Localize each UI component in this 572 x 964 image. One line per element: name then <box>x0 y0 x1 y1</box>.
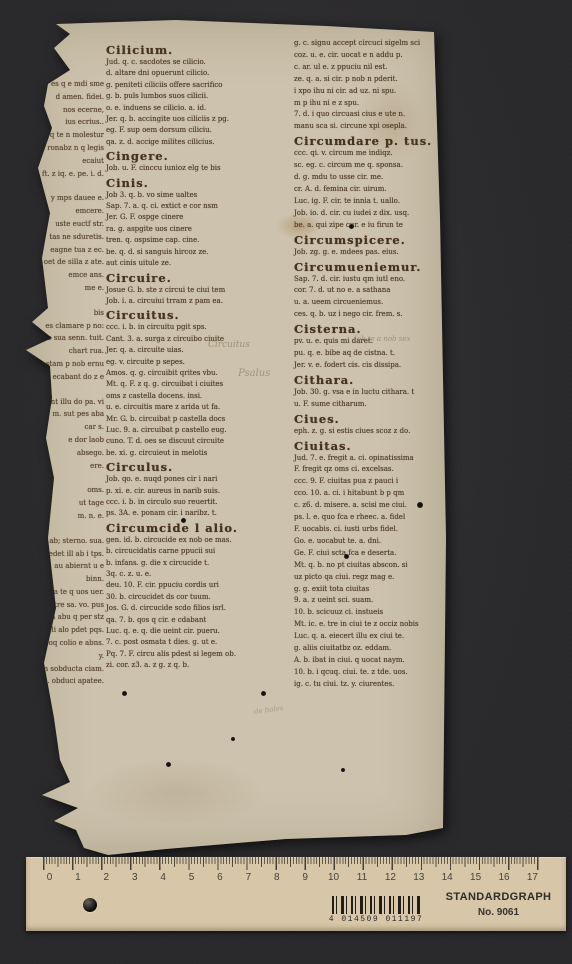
manuscript-fragment-line: ecaiut <box>28 155 104 168</box>
ruler-number: 4 <box>157 872 170 883</box>
wormhole <box>181 518 186 523</box>
ruler-number: 10 <box>327 872 340 883</box>
manuscript-fragment-line: ab; sterno. sua. <box>28 535 104 548</box>
wormhole <box>122 691 127 696</box>
manuscript-line: Job. i. a. circuiui trram z pam ea. <box>106 296 301 307</box>
manuscript-line: manu sca si. circune xpi osepla. <box>294 121 454 133</box>
ruler-number: 12 <box>384 872 397 883</box>
manuscript-fragment-line: ius ecrius.. <box>28 116 104 129</box>
manuscript-fragment-line: d amen. fidei. <box>28 91 104 104</box>
manuscript-line: Cinis. <box>106 176 301 190</box>
manuscript-fragment-line: au abiernt u e <box>28 560 104 573</box>
manuscript-fragment-line: es q e mdi sme <box>28 78 104 91</box>
manuscript-line: Mr. G. b. circuibat p castella docs <box>106 414 301 425</box>
manuscript-line: ccc. 9. F. ciuitas pua z pauci i <box>294 476 454 488</box>
manuscript-line: Mt. q. F. z q. g. circuibat i ciuites <box>106 379 301 390</box>
manuscript-line: F. uocabis. ci. iusti urbs fidel. <box>294 524 454 536</box>
manuscript-line: Jer. q. b. accingite uos ciliciis z pg. <box>106 114 301 125</box>
manuscript-line: o. e. induens se cilicio. a. id. <box>106 103 301 114</box>
manuscript-line: i xpo ihu ni cir. ad uz. ni spu. <box>294 86 454 98</box>
manuscript-line: deu. 10. F. cir. ppuciu cordis uri <box>106 580 301 591</box>
manuscript-line: F. fregit qz oms ci. excelsas. <box>294 464 454 476</box>
manuscript-fragment-line <box>28 295 104 307</box>
manuscript-line: cco. 10. a. ci. i hitabunt b p qm <box>294 488 454 500</box>
ruler-model: No. 9061 <box>431 907 566 918</box>
ruler: 01234567891011121314151617 4 014509 0111… <box>26 857 566 931</box>
manuscript-line: ps. l. e. quo fca e rheec. a. fidel <box>294 512 454 524</box>
ruler-cm-ticks <box>43 857 539 870</box>
text-column-left-fragments: es q e mdi smed amen. fidei.nos ecerne,i… <box>28 78 104 688</box>
manuscript-line: ccc. i. b. in circuitu pgit sps. <box>106 322 301 333</box>
manuscript-line: Jer. q. a. circuite uias. <box>106 345 301 356</box>
manuscript-fragment-line: ut tage <box>28 497 104 510</box>
manuscript-line: Go. e. uocabut te. a. dni. <box>294 536 454 548</box>
manuscript-line: zi. cor. z3. a. z g. z q. b. <box>106 660 301 671</box>
ruler-number: 7 <box>242 872 255 883</box>
manuscript-line: oms z castella docens. insi. <box>106 391 301 402</box>
manuscript-line: Cant. 3. a. surga z circuibo ciuite <box>106 334 301 345</box>
wormhole <box>166 762 171 767</box>
ruler-number: 1 <box>71 872 84 883</box>
ruler-ticks <box>43 857 538 871</box>
manuscript-page-wrap: es q e mdi smed amen. fidei.nos ecerne,i… <box>26 18 446 858</box>
manuscript-fragment-line <box>28 384 104 396</box>
manuscript-fragment-line: y. <box>28 650 104 663</box>
manuscript-line: b. infans. g. die x circucide t. <box>106 558 301 569</box>
manuscript-line: ig. c. tu ciui. tz. y. ciurentes. <box>294 679 454 691</box>
manuscript-fragment-line <box>28 472 104 484</box>
manuscript-line: 3q. c. z. u. e. <box>106 569 301 580</box>
manuscript-line: Jer. v. e. fodert cis. cis dissipa. <box>294 360 454 372</box>
manuscript-fragment-line: ft. tre sa. vo. pus <box>28 599 104 612</box>
manuscript-line: uz picto qa ciui. regz mag e. <box>294 572 454 584</box>
barcode: 4 014509 011197 <box>326 896 426 926</box>
manuscript-line: eg. v. circuite p sepes. <box>106 357 301 368</box>
manuscript-line: m p ihu ni e z spu. <box>294 98 454 110</box>
manuscript-fragment-line: oli alo pdet pqs. <box>28 624 104 637</box>
manuscript-fragment-line: nos ecerne, <box>28 104 104 117</box>
manuscript-fragment-line: edet ill ab i tps. <box>28 548 104 561</box>
manuscript-line: Sap. 7. a. q. ci. extict e cor nsm <box>106 201 301 212</box>
manuscript-fragment-line: car s. <box>28 421 104 434</box>
manuscript-line: g. b. puls lumbos suos cilicii. <box>106 91 301 102</box>
manuscript-line: Sap. 7. d. cir. iustu qm iutl eno. <box>294 274 454 286</box>
manuscript-line: 7. c. post osmata t dies. g. ut e. <box>106 637 301 648</box>
manuscript-fragment-line: ue sua senn. tuit. <box>28 332 104 345</box>
manuscript-line: aut cinis uitule ze. <box>106 258 301 269</box>
manuscript-fragment-line: eo pua te q uos uer. <box>28 586 104 599</box>
manuscript-line: Jud. 7. e. fregit a. ci. opinatissima <box>294 453 454 465</box>
wormhole <box>344 554 349 559</box>
manuscript-line: Josue G. b. ste z circui te ciui tem <box>106 285 301 296</box>
manuscript-fragment-line: m. n. e. <box>28 510 104 523</box>
manuscript-line: Circumcide l alio. <box>106 521 301 535</box>
manuscript-line: Cilicium. <box>106 43 301 57</box>
ruler-number: 13 <box>412 872 425 883</box>
manuscript-fragment-line: eoq colio e abns. <box>28 637 104 650</box>
wormhole <box>417 502 423 508</box>
manuscript-fragment-line: oms. <box>28 484 104 497</box>
manuscript-line: u. a. ueem circueniemus. <box>294 297 454 309</box>
manuscript-line: ces. q. b. uz i nego cir. frem. s. <box>294 309 454 321</box>
manuscript-line: pu. q. e. bibe aq de cistna. t. <box>294 348 454 360</box>
wormhole <box>231 737 235 741</box>
manuscript-line: A. b. ibat in ciui. q uocat naym. <box>294 655 454 667</box>
ruler-number: 8 <box>270 872 283 883</box>
manuscript-line: p. xi. e. cir. aureus in narib suis. <box>106 486 301 497</box>
manuscript-line: ccc. qi. v. circum me indiqz. <box>294 148 454 160</box>
manuscript-line: Amos. q. g. circuibit qrites vbu. <box>106 368 301 379</box>
manuscript-fragment-line: chart rua. <box>28 345 104 358</box>
marginal-note-cisterna: Job te a nob sex <box>354 335 410 343</box>
ruler-number: 5 <box>185 872 198 883</box>
manuscript-line: Circulus. <box>106 460 301 474</box>
manuscript-line: cor. 7. d. ut no e. a sathana <box>294 285 454 297</box>
manuscript-line: 10. b. i qcuq. ciui. te. z tde. uos. <box>294 667 454 679</box>
photo-backdrop: es q e mdi smed amen. fidei.nos ecerne,i… <box>0 0 572 964</box>
manuscript-line: g. c. signu accept circuci sigelm sci <box>294 38 454 50</box>
ruler-number: 16 <box>498 872 511 883</box>
manuscript-line: Circumdare p. tus. <box>294 134 454 148</box>
manuscript-line: be. xi. g. circuieut in melotis <box>106 448 301 459</box>
manuscript-line: eph. z. g. si estis ciues scoz z do. <box>294 426 454 438</box>
marginal-note-circuitus: Circuitus <box>208 340 250 350</box>
manuscript-line: sc. eg. c. circum me q. sponsa. <box>294 160 454 172</box>
manuscript-line: g. aliis ciuitatbz oz. eddam. <box>294 643 454 655</box>
manuscript-line: Circuire. <box>106 271 301 285</box>
ruler-number: 2 <box>100 872 113 883</box>
manuscript-fragment-line <box>28 180 104 192</box>
barcode-bars <box>332 896 420 914</box>
marginal-note-bottom: de bales <box>254 704 284 716</box>
manuscript-line: ze. q. a. si cir. p nob n pderit. <box>294 74 454 86</box>
manuscript-line: d. g. mdu to usse cir. me. <box>294 172 454 184</box>
manuscript-line: Mt. q. b. no pt ciuitas abscon. si <box>294 560 454 572</box>
manuscript-fragment-line: emcere. <box>28 205 104 218</box>
manuscript-line: Pq. 7. F. circu alis pdest si legem ob. <box>106 649 301 660</box>
manuscript-line: be. a. qui zipe cur. e iu firun te <box>294 220 454 232</box>
manuscript-fragment-line: y mps dauee e. <box>28 192 104 205</box>
manuscript-line: Job. io. d. cir. cu iudei z dix. usq. <box>294 208 454 220</box>
manuscript-line: cr. A. d. femina cir. uirum. <box>294 184 454 196</box>
manuscript-fragment-line: m. sut pes aba <box>28 408 104 421</box>
manuscript-line: gen. id. b. circucide ex nob oe mas. <box>106 535 301 546</box>
ruler-brand: STANDARDGRAPH <box>431 891 566 903</box>
manuscript-line: qa. z. d. accige milites cilicius. <box>106 137 301 148</box>
manuscript-line: Job 3. q. b. vo sime ualtes <box>106 190 301 201</box>
ruler-number: 6 <box>213 872 226 883</box>
manuscript-line: Cithara. <box>294 373 454 387</box>
manuscript-line: Circumueniemur. <box>294 260 454 274</box>
marginal-note-psalus: Psalus <box>238 368 270 379</box>
ruler-number: 0 <box>43 872 56 883</box>
manuscript-line: be. q. d. si sanguis hircoz ze. <box>106 247 301 258</box>
manuscript-line: b. circucidatis carne ppucii sui <box>106 546 301 557</box>
manuscript-line: Job. u. F. cinccu iunioz elg te bis <box>106 163 301 174</box>
ruler-hole <box>83 898 97 912</box>
manuscript-line: 10. b. scicuuz ci. instueis <box>294 607 454 619</box>
manuscript-line: ra. g. aspgite uos cinere <box>106 224 301 235</box>
manuscript-fragment-line: eagne tua z ec. <box>28 244 104 257</box>
manuscript-line: cuno. T. d. oes se discuut circuite <box>106 436 301 447</box>
manuscript-line: d. altare dni opuerunt cilicio. <box>106 68 301 79</box>
manuscript-fragment-line: stam p nob ernu <box>28 358 104 371</box>
manuscript-line: Ciuitas. <box>294 439 454 453</box>
manuscript-fragment-line: ere. <box>28 460 104 473</box>
manuscript-line: qa. 7. b. qos q cir. e cdabant <box>106 615 301 626</box>
ruler-number: 11 <box>355 872 368 883</box>
manuscript-line: Mt. ic. e. tre in ciui te z occiz nobis <box>294 619 454 631</box>
manuscript-line: Luc. 9. a. circuibat p castello eug. <box>106 425 301 436</box>
manuscript-fragment-line: oet de silla z ate. <box>28 256 104 269</box>
manuscript-line: c. ar. ul e. z ppuciu nil est. <box>294 62 454 74</box>
manuscript-fragment-line: tas ne sduretis. <box>28 231 104 244</box>
text-column-1: Cilicium.Jud. q. c. sacdotes se cilicio.… <box>106 42 301 672</box>
manuscript-fragment-line <box>28 523 104 535</box>
manuscript-line: Circuitus. <box>106 308 301 322</box>
manuscript-fragment-line: bis <box>28 307 104 320</box>
manuscript-line: Ciues. <box>294 412 454 426</box>
manuscript-line: Cingere. <box>106 149 301 163</box>
manuscript-fragment-line: in n abu q per stz <box>28 611 104 624</box>
manuscript-line: Jos. G. d. circucide scdo filios isrl. <box>106 603 301 614</box>
manuscript-fragment-line: me e. <box>28 282 104 295</box>
ruler-number: 15 <box>469 872 482 883</box>
manuscript-fragment-line: b. obduci apatee. <box>28 675 104 688</box>
manuscript-fragment-line: es clamare p no: <box>28 320 104 333</box>
manuscript-fragment-line: ecabant do z e <box>28 371 104 384</box>
wormhole <box>349 224 354 229</box>
text-column-2: g. c. signu accept circuci sigelm scicoz… <box>294 38 454 691</box>
parchment-stain <box>86 758 266 828</box>
manuscript-line: Luc. ig. F. cir. te innia t. uallo. <box>294 196 454 208</box>
ruler-number: 17 <box>526 872 539 883</box>
manuscript-line: Job. qo. e. nuqd pones cir i nari <box>106 474 301 485</box>
manuscript-line: tren. q. ospsime cap. cine. <box>106 235 301 246</box>
manuscript-line: c. z6. d. misere. a. scisi me ciui. <box>294 500 454 512</box>
manuscript-fragment-line: uste euctf str. <box>28 218 104 231</box>
manuscript-line: Job. zg. g. e. mdees pas. eius. <box>294 247 454 259</box>
manuscript-line: u. F. sume citharum. <box>294 399 454 411</box>
manuscript-fragment-line: emce ans. <box>28 269 104 282</box>
manuscript-line: Job. 30. g. vsa e in luctu cithara. t <box>294 387 454 399</box>
ruler-numbers: 01234567891011121314151617 <box>43 872 539 883</box>
manuscript-page: es q e mdi smed amen. fidei.nos ecerne,i… <box>26 18 446 858</box>
manuscript-line: g. g. exiit tota ciuitas <box>294 584 454 596</box>
manuscript-line: Jud. q. c. sacdotes se cilicio. <box>106 57 301 68</box>
manuscript-line: ccc. i. b. in circulo suo reuertit. <box>106 497 301 508</box>
ruler-number: 3 <box>128 872 141 883</box>
wormhole <box>261 691 266 696</box>
manuscript-line: ps. 3A. e. ponam cir. i naribz. t. <box>106 508 301 519</box>
manuscript-line: eg. F. sup oem dorsum ciliciu. <box>106 125 301 136</box>
manuscript-line: Circumspicere. <box>294 233 454 247</box>
manuscript-fragment-line: ronabz n q legis <box>28 142 104 155</box>
manuscript-fragment-line: ft. z iq. e. pe. i. d. <box>28 168 104 181</box>
manuscript-line: u. e. circuitis mare z arida ut fa. <box>106 402 301 413</box>
manuscript-fragment-line: s n sobducta ciam. <box>28 663 104 676</box>
ruler-number: 9 <box>299 872 312 883</box>
manuscript-fragment-line: e dor laob <box>28 434 104 447</box>
manuscript-fragment-line: e q te n molestur <box>28 129 104 142</box>
wormhole <box>341 768 345 772</box>
manuscript-line: Ge. F. ciui scta fca e deserta. <box>294 548 454 560</box>
ruler-number: 14 <box>441 872 454 883</box>
manuscript-line: Luc. q. a. eiecert illu ex ciui te. <box>294 631 454 643</box>
manuscript-line: Jer. G. F. ospge cinere <box>106 212 301 223</box>
manuscript-line: g. peniteti ciliciis offere sacrifico <box>106 80 301 91</box>
barcode-digits: 4 014509 011197 <box>326 915 426 924</box>
manuscript-line: 7. d. i quo circuasi cius e ute n. <box>294 109 454 121</box>
manuscript-fragment-line: binn. <box>28 573 104 586</box>
manuscript-line: 30. b. circucidet ds cor tuum. <box>106 592 301 603</box>
manuscript-fragment-line: absego. <box>28 447 104 460</box>
manuscript-line: coz. u. e. cir. uocat e n addu p. <box>294 50 454 62</box>
manuscript-line: Luc. q. e. q. die ueint cir. pueru. <box>106 626 301 637</box>
manuscript-line: 9. a. z ueint sci. suam. <box>294 595 454 607</box>
manuscript-fragment-line: bant illu do pa. vi <box>28 396 104 409</box>
